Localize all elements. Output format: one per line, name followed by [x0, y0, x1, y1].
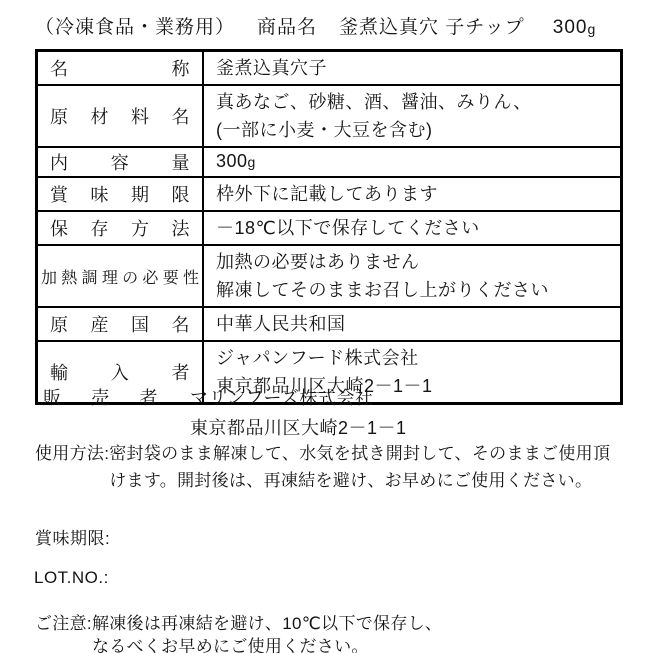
usage-label: 使用方法: — [35, 440, 109, 494]
usage-instructions: 使用方法: 密封袋のまま解凍して、水気を拭き開封して、そのままご使用頂 けます。… — [35, 440, 610, 494]
table-row-ingredients: 原 材 料 名 真あなご、砂糖、酒、醤油、みりん、 (一部に小麦・大豆を含む) — [37, 85, 622, 147]
seller-company: マリンフーズ株式会社 — [190, 383, 407, 413]
caution-note: ご注意: 解凍後は再凍結を避け、10℃以下で保存し、 なるべくお早めにご使用くだ… — [35, 612, 442, 653]
table-row-origin: 原 産 国 名 中華人民共和国 — [37, 307, 622, 341]
row-label: 加熱調理の必要性 — [37, 245, 204, 307]
usage-line: 密封袋のまま解凍して、水気を拭き開封して、そのままご使用頂 — [109, 440, 610, 467]
caution-line: 解凍後は再凍結を避け、10℃以下で保存し、 — [92, 612, 442, 635]
food-label-sheet: （冷凍食品・業務用） 商品名 釜煮込真穴 子チップ 300 g 名 称 釜煮込真… — [0, 0, 655, 653]
row-value: 中華人民共和国 — [203, 307, 622, 341]
row-label: 保 存 方 法 — [37, 211, 204, 245]
spec-table: 名 称 釜煮込真穴子 原 材 料 名 真あなご、砂糖、酒、醤油、みりん、 (一部… — [35, 49, 623, 405]
seller-label: 販 売 者 — [43, 383, 158, 443]
table-row-storage: 保 存 方 法 －18℃以下で保存してください — [37, 211, 622, 245]
row-value-line: 加熱の必要はありません — [216, 248, 614, 276]
row-value-line: ジャパンフード株式会社 — [216, 344, 614, 372]
row-value: 300g — [203, 147, 622, 177]
caution-label: ご注意: — [35, 612, 92, 653]
row-value-line: 枠外下に記載してあります — [216, 180, 614, 208]
row-value: 釜煮込真穴子 — [203, 51, 622, 86]
caution-text: 解凍後は再凍結を避け、10℃以下で保存し、 なるべくお早めにご使用ください。 — [92, 612, 442, 653]
net-weight-unit: g — [587, 18, 596, 40]
row-value: 枠外下に記載してあります — [203, 177, 622, 211]
net-content-unit: g — [248, 154, 256, 170]
row-value-line: 中華人民共和国 — [216, 310, 614, 338]
category-text: （冷凍食品・業務用） — [35, 16, 235, 40]
row-value: 真あなご、砂糖、酒、醤油、みりん、 (一部に小麦・大豆を含む) — [203, 85, 622, 147]
caution-line: なるべくお早めにご使用ください。 — [92, 635, 442, 653]
seller-value: マリンフーズ株式会社 東京都品川区大崎2－1－1 — [190, 383, 407, 443]
row-label: 原 材 料 名 — [37, 85, 204, 147]
product-header: （冷凍食品・業務用） 商品名 釜煮込真穴 子チップ 300 g — [35, 16, 596, 40]
row-label: 内 容 量 — [37, 147, 204, 177]
row-value-line: (一部に小麦・大豆を含む) — [216, 116, 614, 144]
net-content-amount: 300 — [216, 151, 248, 171]
seller-row: 販 売 者 マリンフーズ株式会社 東京都品川区大崎2－1－1 — [43, 383, 407, 443]
lot-number-field-label: LOT.NO.: — [34, 568, 109, 588]
row-label: 名 称 — [37, 51, 204, 86]
row-label: 賞 味 期 限 — [37, 177, 204, 211]
row-value: －18℃以下で保存してください — [203, 211, 622, 245]
net-weight: 300 — [553, 16, 588, 40]
usage-text: 密封袋のまま解凍して、水気を拭き開封して、そのままご使用頂 けます。開封後は、再… — [109, 440, 610, 494]
row-value-line: －18℃以下で保存してください — [216, 214, 614, 242]
table-row-heating: 加熱調理の必要性 加熱の必要はありません 解凍してそのままお召し上がりください — [37, 245, 622, 307]
row-value-line: 解凍してそのままお召し上がりください — [216, 276, 614, 304]
product-name-label: 商品名 — [257, 16, 317, 40]
row-label: 原 産 国 名 — [37, 307, 204, 341]
usage-line: けます。開封後は、再凍結を避け、お早めにご使用ください。 — [109, 467, 610, 494]
expiry-field-label: 賞味期限: — [35, 524, 110, 549]
seller-address: 東京都品川区大崎2－1－1 — [190, 413, 407, 443]
product-name: 釜煮込真穴 子チップ — [339, 16, 525, 40]
table-row-name: 名 称 釜煮込真穴子 — [37, 51, 622, 86]
table-row-best-before: 賞 味 期 限 枠外下に記載してあります — [37, 177, 622, 211]
row-value: 加熱の必要はありません 解凍してそのままお召し上がりください — [203, 245, 622, 307]
row-value-line: 釜煮込真穴子 — [216, 54, 614, 82]
row-value-line: 真あなご、砂糖、酒、醤油、みりん、 — [216, 88, 614, 116]
table-row-net-content: 内 容 量 300g — [37, 147, 622, 177]
